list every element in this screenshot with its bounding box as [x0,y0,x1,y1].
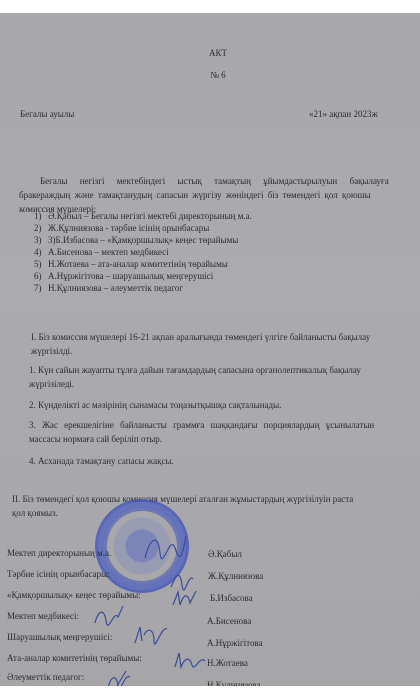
sign-name: Н.Жотаева [207,658,248,668]
section1-heading: I. Біз комиссия мүшелері 16-21 ақпан ара… [31,330,370,358]
sign-name: Ж.Құлниязова [208,571,263,581]
member-item: 7)Н.Құлниязова – әлеуметтік педагог [34,282,252,294]
sign-role: Шаруашылық меңгерушісі: [7,632,112,642]
member-item: 5)Н.Жотаева – ата-аналар комитетінің төр… [34,258,252,270]
sign-role: Мектеп медбикесі: [7,611,79,621]
sign-role: Мектеп директорының м.а. [7,548,111,558]
member-item: 4)А.Бисенова – мектеп медбикесі [34,246,252,258]
doc-number: № 6 [0,70,420,80]
members-list: 1)Ә.Қабыл – Бегалы негізгі мектебі дирек… [34,210,252,294]
sign-role: «Қамқоршылық» кеңес төрайымы: [7,590,141,600]
sign-name: Б.Избасова [210,593,253,603]
sign-role: Әлеуметтік педагог: [7,672,84,682]
sign-role: Ата-аналар комитетінің төрайымы: [7,653,142,663]
signature-manager [132,621,170,649]
sign-name: Н.Құлниязова [207,680,261,686]
signature-nurse [92,603,126,629]
section1-item-2: 2. Күнделікті ас мәзірінің сынамасы тоңа… [29,398,281,412]
intro-line-1: Бегалы негізгі мектебіндегі ыстық тамақт… [19,174,420,188]
signature-parents-chair [172,649,208,673]
section1-item-3: 3. Жас ерекшелігіне байланысты граммға ш… [29,418,374,446]
document-page: АКТ № 6 Бегалы ауылы «21» ақпан 2023ж Бе… [0,13,420,686]
sign-name: Ә.Қабыл [208,549,242,559]
doc-title: АКТ [0,48,420,58]
sign-name: А.Нұржігітова [207,638,263,648]
intro-line-2: бракераждың және тамақтанудың сапасын жү… [19,188,420,202]
member-item: 3)3)Б.Избасова – «Қамқоршылық» кеңес төр… [34,234,252,246]
doc-date: «21» ақпан 2023ж [309,109,378,119]
signature-social-pedagogue [104,667,134,686]
section2-paragraph: II. Біз төмендегі қол қоюшы комиссия мүш… [12,492,353,520]
signature-director [140,528,190,568]
section1-item-1: 1. Күн сайын жауапты тұлға дайын тағамда… [29,363,361,391]
doc-place: Бегалы ауылы [20,109,74,119]
member-item: 6)А.Нұржігітова – шаруашылық меңгерушісі [34,270,252,282]
member-item: 2)Ж.Құлниязова - тәрбие ісінің орынбасар… [34,222,252,234]
sign-role: Тәрбие ісінің орынбасары: [7,569,110,579]
member-item: 1)Ә.Қабыл – Бегалы негізгі мектебі дирек… [34,210,252,222]
sign-name: А.Бисенова [207,616,251,626]
signature-board-chair [170,587,200,611]
section1-item-4: 4. Асханада тамақтану сапасы жақсы. [29,454,174,468]
